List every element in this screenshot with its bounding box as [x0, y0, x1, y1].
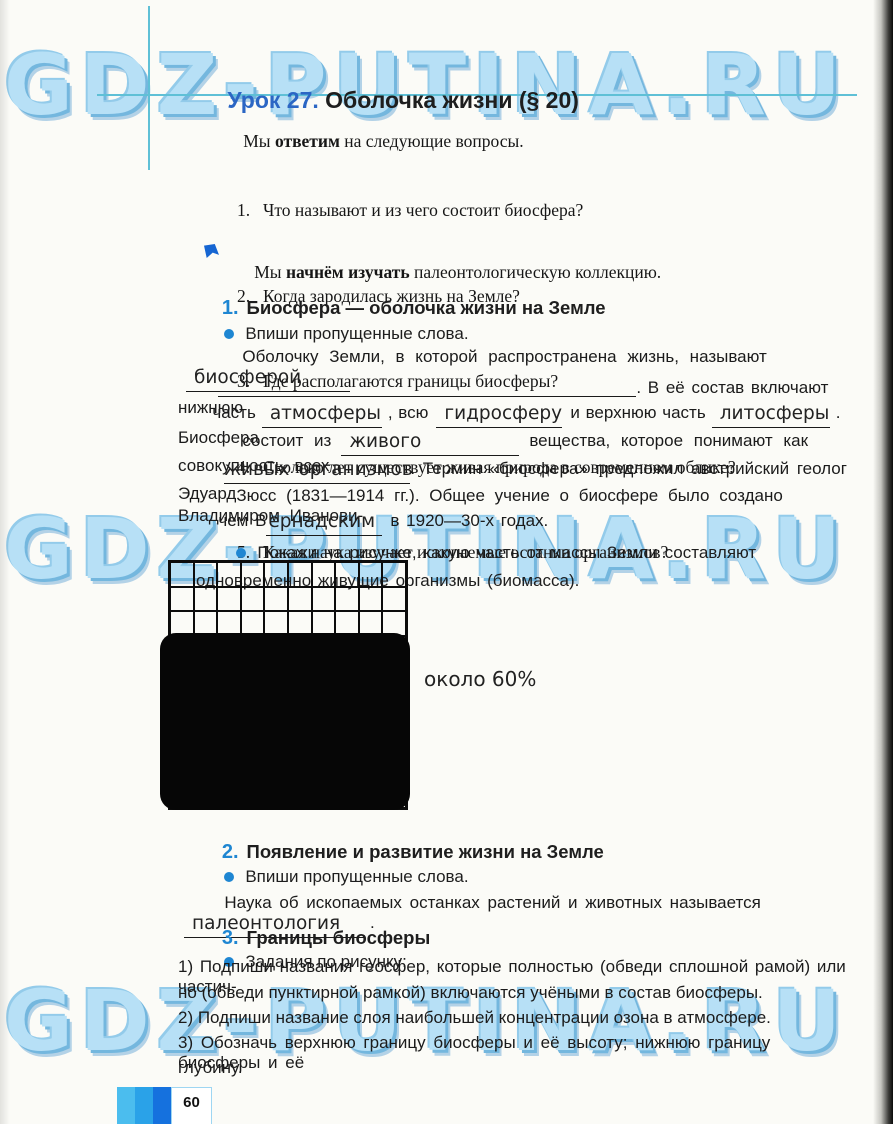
left-edge-shadow [0, 0, 10, 1124]
footer-color-square [135, 1087, 153, 1124]
grid-cell [382, 587, 406, 612]
grid-cell [335, 587, 359, 612]
line-text: глубину. [178, 1058, 243, 1077]
footer-color-square [153, 1087, 171, 1124]
line-text: 2) Подпиши название слоя наибольшей конц… [178, 1008, 771, 1027]
right-edge-shadow [873, 0, 893, 1124]
grid-cell [264, 562, 288, 587]
grid-cell [217, 587, 241, 612]
grid-cell [359, 562, 383, 587]
grid-cell [264, 587, 288, 612]
workbook-page: GDZ-PUTINA.RU GDZ-PUTINA.RU GDZ-PUTINA.R… [0, 0, 893, 1124]
grid-cell [241, 587, 265, 612]
grid-cell [217, 562, 241, 587]
grid-cell [359, 587, 383, 612]
grid-cell [382, 562, 406, 587]
page-content: Урок 27. Оболочка жизни (§ 20) Мы ответи… [0, 0, 893, 1124]
page-number: 60 [183, 1094, 200, 1111]
grid-cell [335, 562, 359, 587]
grid-cell [288, 562, 312, 587]
grid-cell [170, 562, 194, 587]
grid-cell [288, 587, 312, 612]
instruction-line: но (обведи пунктирной рамкой) включаются… [178, 983, 858, 1003]
footer-color-square [117, 1087, 135, 1124]
grid-cell [170, 587, 194, 612]
instruction-line: глубину. [178, 1058, 858, 1078]
question-number: 1. [237, 196, 263, 225]
grid-cell [194, 562, 218, 587]
grid-cell [241, 562, 265, 587]
figure-label: около 60% [424, 667, 536, 691]
bullet-dot-icon [236, 548, 246, 558]
vertical-rule [148, 6, 150, 170]
question-item: 1.Что называют и из чего состоит биосфер… [237, 196, 736, 225]
grid-cell [194, 587, 218, 612]
line-text: но (обведи пунктирной рамкой) включаются… [178, 983, 763, 1002]
instruction-line: 2) Подпиши название слоя наибольшей конц… [178, 1008, 858, 1028]
bookmark-icon [204, 244, 219, 258]
grid-cell [312, 587, 336, 612]
question-text: Что называют и из чего состоит биосфера? [263, 200, 583, 220]
grid-cell [312, 562, 336, 587]
biomass-filled-area [160, 633, 410, 810]
page-number-box: 60 [171, 1087, 212, 1124]
